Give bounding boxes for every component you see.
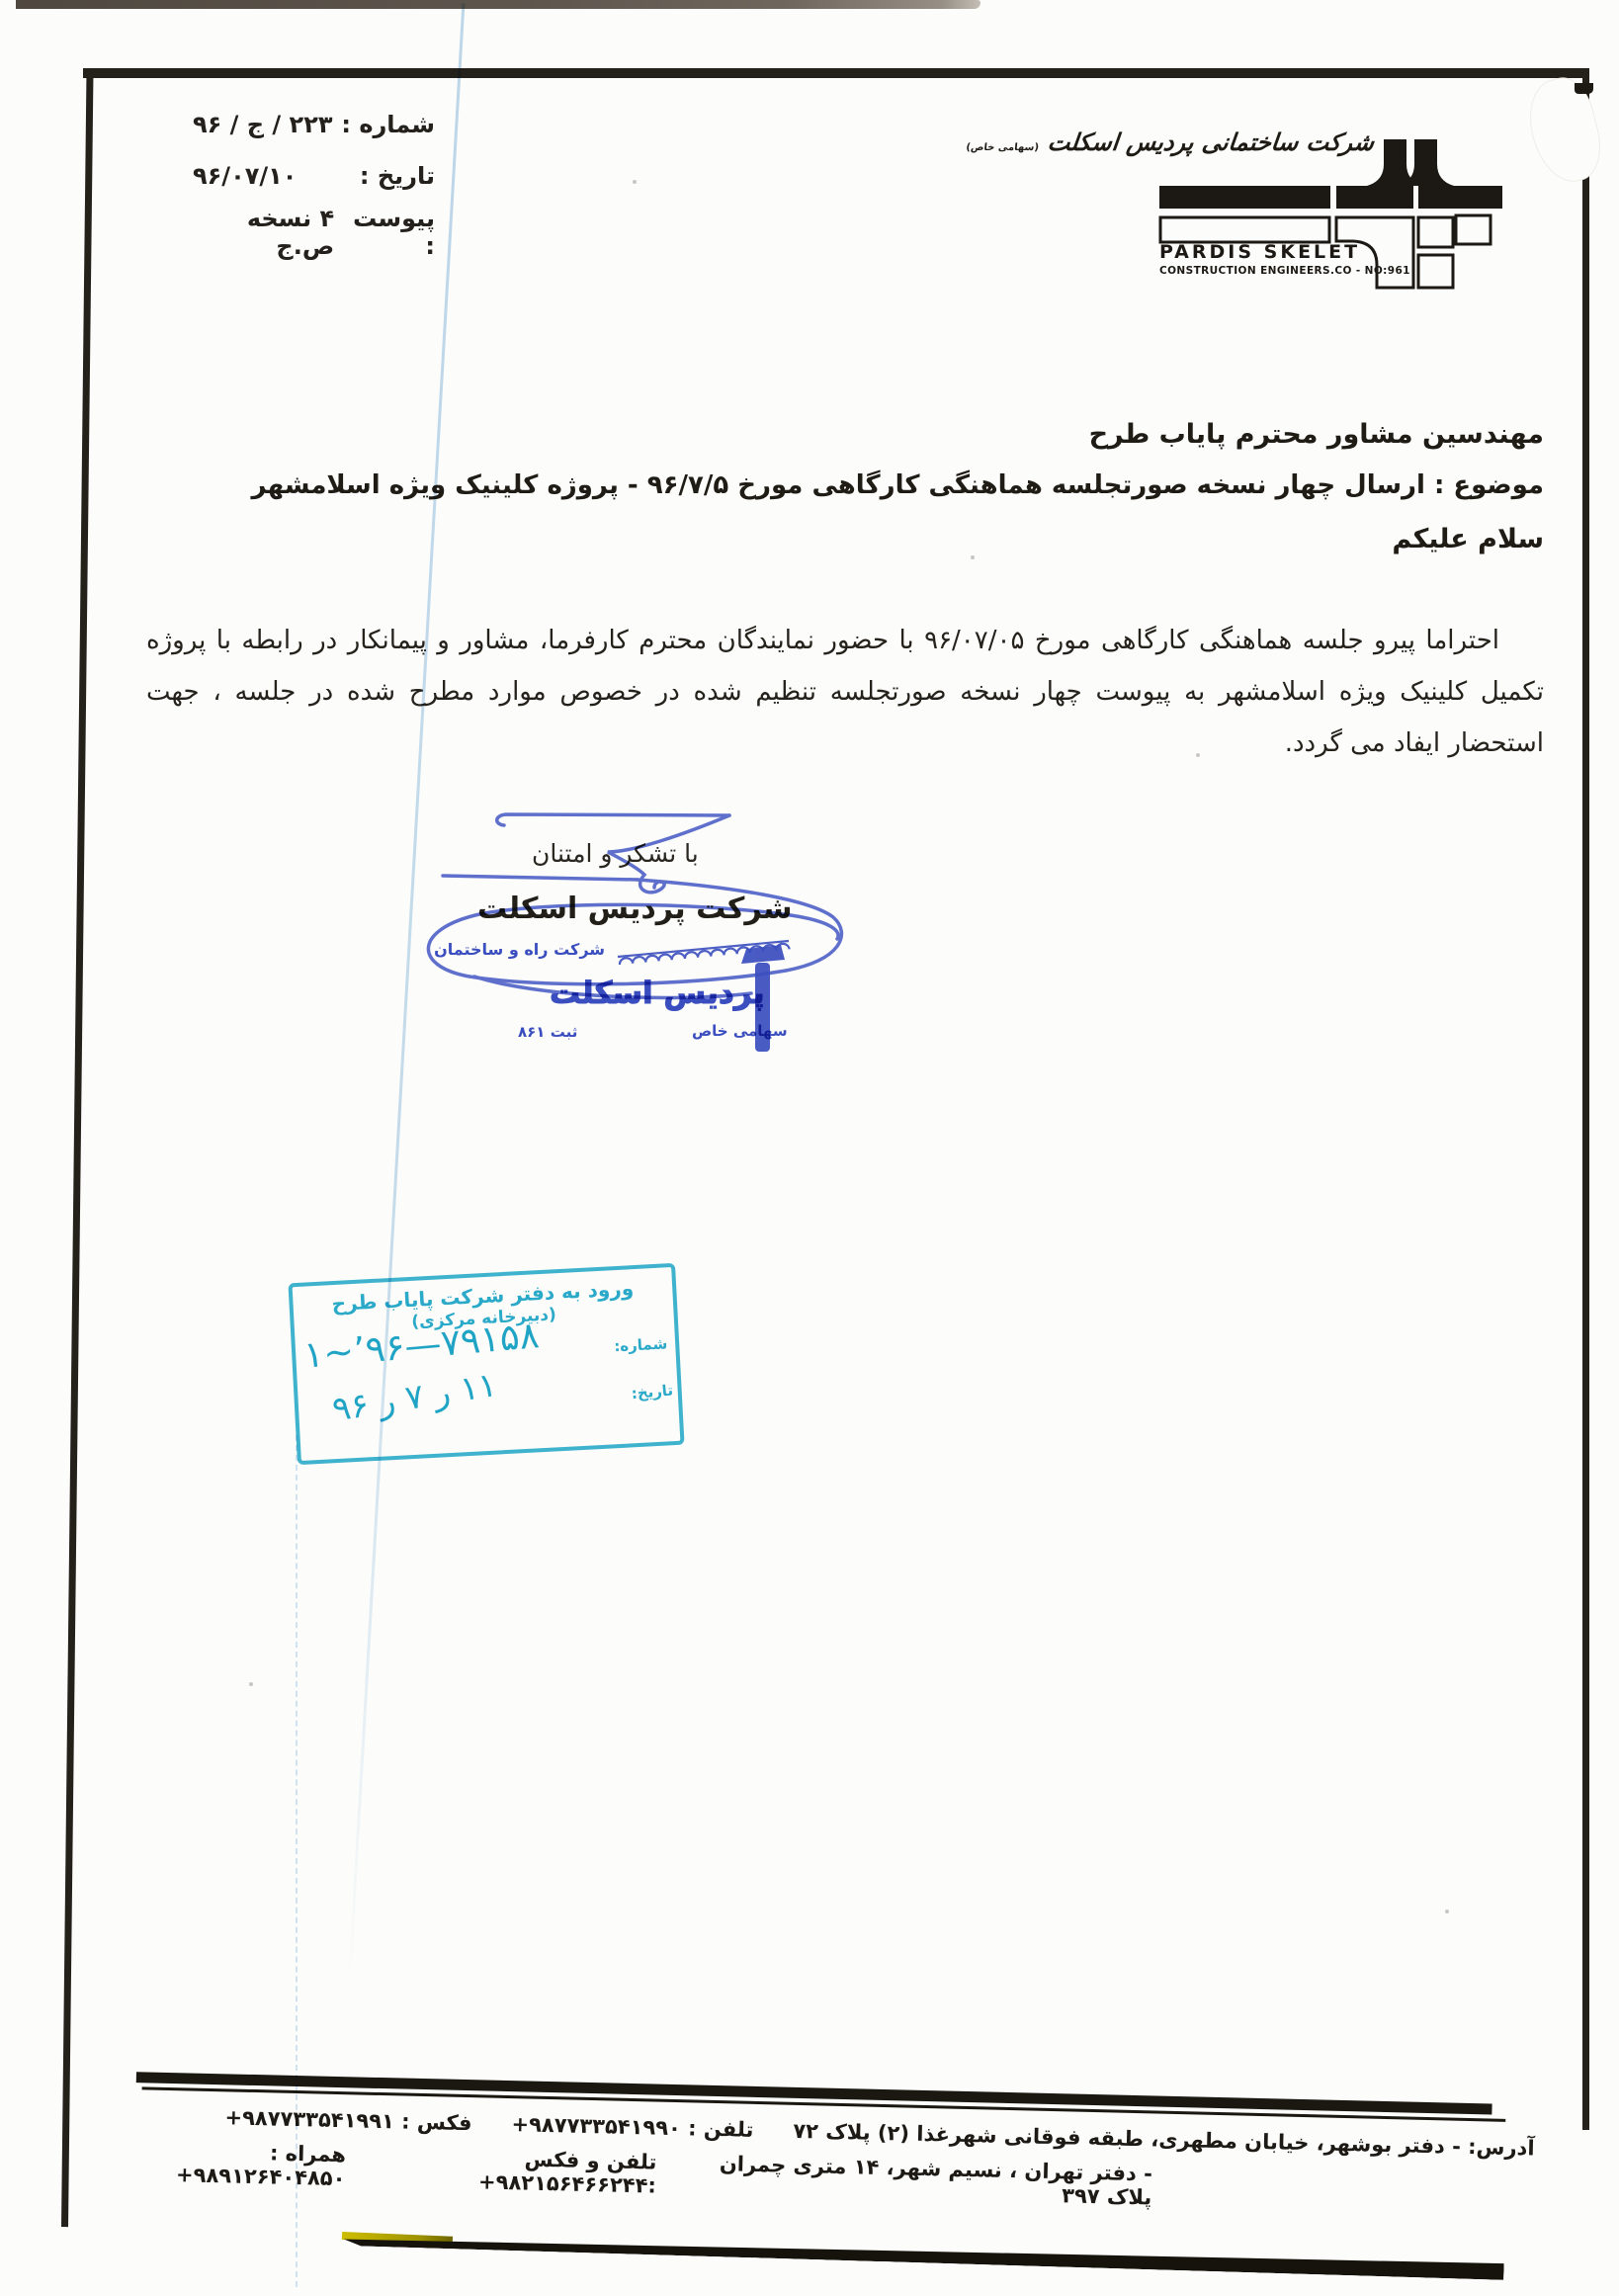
letter-body: احتراما پیرو جلسه هماهنگی کارگاهی مورخ ۹… bbox=[146, 615, 1544, 769]
attachment-label: پیوست : bbox=[343, 205, 435, 260]
scan-edge-shadow-bar bbox=[344, 2229, 1504, 2280]
received-date-value: ۹۶ ر ۷ ر ۱۱ bbox=[330, 1365, 500, 1430]
attachment-value: ۴ نسخه ص.ج bbox=[193, 205, 334, 260]
letter-date-row: تاریخ : ۹۶/۰۷/۱۰ bbox=[193, 162, 435, 190]
number-value: ۲۲۳ / ج / ۹۶ bbox=[193, 111, 333, 138]
scan-crease-line-faint bbox=[296, 1435, 298, 2287]
handwritten-signature-icon bbox=[395, 791, 870, 1087]
company-logo: شرکت ساختمانی پردیس اسکلت (سهامی خاص) PA… bbox=[1147, 117, 1504, 297]
letter-meta-block: شماره : ۲۲۳ / ج / ۹۶ تاریخ : ۹۶/۰۷/۱۰ پی… bbox=[193, 111, 435, 260]
scanned-letter-page: شماره : ۲۲۳ / ج / ۹۶ تاریخ : ۹۶/۰۷/۱۰ پی… bbox=[0, 0, 1619, 2296]
letter-number-row: شماره : ۲۲۳ / ج / ۹۶ bbox=[193, 111, 435, 138]
number-label: شماره : bbox=[341, 111, 435, 138]
subject-line: موضوع : ارسال چهار نسخه صورتجلسه هماهنگی… bbox=[252, 470, 1544, 500]
footer-address-bushehr: آدرس: - دفتر بوشهر، خیابان مطهری، طبقه ف… bbox=[793, 2119, 1535, 2161]
letter-attachment-row: پیوست : ۴ نسخه ص.ج bbox=[193, 205, 435, 260]
letter-heading: مهندسین مشاور محترم پایاب طرح موضوع : ار… bbox=[252, 419, 1544, 554]
footer-block: آدرس: - دفتر بوشهر، خیابان مطهری، طبقه ف… bbox=[126, 2072, 1547, 2219]
scan-speck bbox=[633, 180, 637, 184]
received-number-label: شماره: bbox=[614, 1334, 668, 1355]
frame-border-right bbox=[1582, 69, 1589, 2130]
logo-name-en: PARDIS SKELET bbox=[1159, 241, 1360, 263]
correction-smudge bbox=[1520, 72, 1609, 190]
salutation-line: سلام علیکم bbox=[252, 524, 1544, 554]
received-stamp: ورود به دفتر شرکت پایاب طرح (دبیرخانه مر… bbox=[288, 1263, 684, 1465]
scan-speck bbox=[971, 555, 975, 559]
scan-edge-band bbox=[16, 0, 980, 9]
recipient-line: مهندسین مشاور محترم پایاب طرح bbox=[252, 419, 1544, 450]
footer-phone-bushehr: تلفن : ۹۸۷۷۳۳۵۴۱۹۹۰+ bbox=[511, 2112, 753, 2142]
footer-telfax-tehran: تلفن و فکس :۹۸۲۱۵۶۴۶۶۲۴۴+ bbox=[381, 2144, 657, 2198]
frame-corner-mark bbox=[1575, 83, 1593, 94]
date-value: ۹۶/۰۷/۱۰ bbox=[193, 162, 297, 190]
logo-tagline-en: CONSTRUCTION ENGINEERS.CO - NO:961 bbox=[1159, 265, 1410, 277]
scan-speck bbox=[1445, 1910, 1449, 1913]
received-date-label: تاریخ: bbox=[631, 1381, 674, 1403]
logo-calligraphy-note: (سهامی خاص) bbox=[966, 142, 1040, 153]
footer-fax-bushehr: فکس : ۹۸۷۷۳۳۵۴۱۹۹۱+ bbox=[224, 2105, 472, 2135]
date-label: تاریخ : bbox=[360, 162, 435, 190]
footer-mobile: همراه : ۹۸۹۱۲۶۴۰۴۸۵۰+ bbox=[126, 2138, 346, 2190]
frame-border-left bbox=[61, 69, 94, 2227]
received-date-handwritten: ۹۶ ر ۷ ر ۱۱ bbox=[330, 1365, 500, 1430]
frame-border-top bbox=[83, 68, 1589, 78]
footer-address-tehran: - دفتر تهران ، نسیم شهر، ۱۴ متری چمران پ… bbox=[692, 2151, 1153, 2209]
scan-speck bbox=[249, 1682, 253, 1686]
